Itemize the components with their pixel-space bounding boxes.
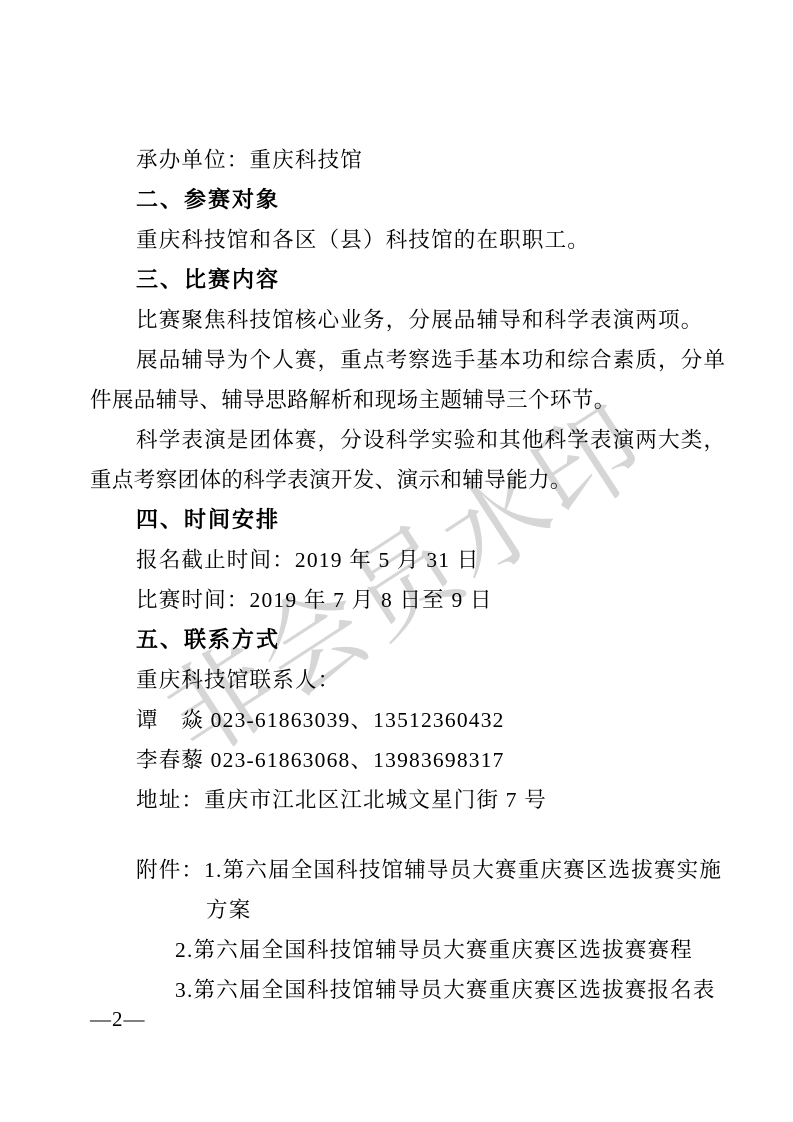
section-heading: 二、参赛对象 [90, 180, 715, 220]
paragraph-line: 比赛聚焦科技馆核心业务，分展品辅导和科学表演两项。 [90, 300, 715, 340]
paragraph-line: 科学表演是团体赛，分设科学实验和其他科学表演两大类， [90, 420, 715, 460]
paragraph-line: 承办单位：重庆科技馆 [90, 140, 715, 180]
paragraph-line: 报名截止时间：2019 年 5 月 31 日 [90, 540, 715, 580]
paragraph-line: 重庆科技馆联系人： [90, 660, 715, 700]
paragraph-line: 重点考察团体的科学表演开发、演示和辅导能力。 [90, 460, 715, 500]
paragraph-line: 比赛时间：2019 年 7 月 8 日至 9 日 [90, 580, 715, 620]
paragraph-line: 件展品辅导、辅导思路解析和现场主题辅导三个环节。 [90, 380, 715, 420]
section-heading: 三、比赛内容 [90, 260, 715, 300]
section-heading: 五、联系方式 [90, 620, 715, 660]
attachment-line: 2.第六届全国科技馆辅导员大赛重庆赛区选拔赛赛程 [90, 930, 715, 970]
page-number: —2— [90, 1008, 146, 1030]
paragraph-line: 地址：重庆市江北区江北城文星门街 7 号 [90, 780, 715, 820]
paragraph-line: 李春藜 023-61863068、13983698317 [90, 740, 715, 780]
paragraph-line: 重庆科技馆和各区（县）科技馆的在职职工。 [90, 220, 715, 260]
paragraph-line: 谭 焱 023-61863039、13512360432 [90, 700, 715, 740]
attachment-line: 3.第六届全国科技馆辅导员大赛重庆赛区选拔赛报名表 [90, 970, 715, 1010]
section-heading: 四、时间安排 [90, 500, 715, 540]
attachment-label-line: 附件：1.第六届全国科技馆辅导员大赛重庆赛区选拔赛实施 [90, 850, 715, 890]
paragraph-line: 展品辅导为个人赛，重点考察选手基本功和综合素质，分单 [90, 340, 715, 380]
document-page: 非会员水印 承办单位：重庆科技馆二、参赛对象重庆科技馆和各区（县）科技馆的在职职… [0, 0, 793, 1122]
document-content: 承办单位：重庆科技馆二、参赛对象重庆科技馆和各区（县）科技馆的在职职工。三、比赛… [90, 140, 715, 1010]
attachment-line: 方案 [90, 890, 715, 930]
